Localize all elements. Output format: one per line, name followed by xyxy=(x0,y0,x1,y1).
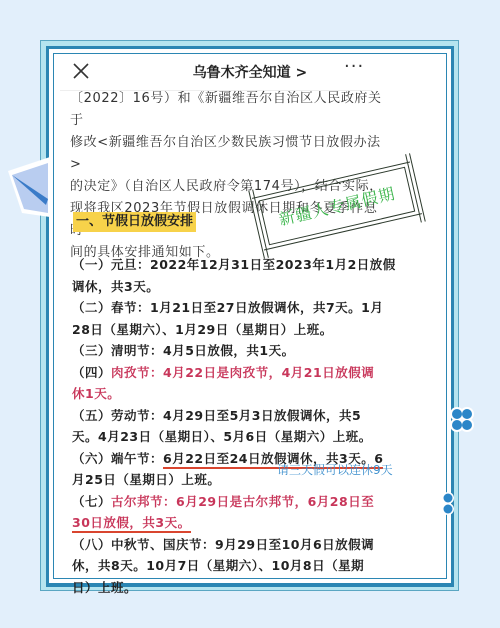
flower-icon xyxy=(440,490,464,518)
holiday-item-line: （二）春节：1月21日至27日放假调休，共7天。1月 xyxy=(72,297,402,319)
holiday-item-line: 天。4月23日（星期日）、5月6日（星期六）上班。 xyxy=(72,426,402,448)
account-title[interactable]: 乌鲁木齐全知道 > xyxy=(50,62,450,82)
holiday-item-line: 调休，共3天。 xyxy=(72,276,402,298)
item-prefix: （七） xyxy=(72,494,111,509)
highlight-text: 古尔邦节：6月29日是古尔邦节，6月28日至 xyxy=(111,494,374,509)
holiday-item-line: 28日（星期六）、1月29日（星期日）上班。 xyxy=(72,319,402,341)
nav-bar: 乌鲁木齐全知道 > ··· xyxy=(50,52,450,90)
holiday-item-line: 休，共8天。10月7日（星期六）、10月8日（星期 xyxy=(72,555,402,577)
holiday-item-line: （五）劳动节：4月29日至5月3日放假调休，共5 xyxy=(72,405,402,427)
highlight-text: 肉孜节：4月22日是肉孜节，4月21日放假调 xyxy=(111,365,374,380)
section-heading: 一、节假日放假安排 xyxy=(73,212,196,232)
flower-icon xyxy=(447,405,477,435)
more-options-icon[interactable]: ··· xyxy=(344,56,364,77)
holiday-list: （一）元旦：2022年12月31日至2023年1月2日放假 调休，共3天。 （二… xyxy=(72,254,402,598)
intro-line: 修改<新疆维吾尔自治区少数民族习惯节日放假办法> xyxy=(70,132,390,176)
holiday-item-line: （四）肉孜节：4月22日是肉孜节，4月21日放假调 xyxy=(72,362,402,384)
holiday-item-line: 休1天。 xyxy=(72,383,402,405)
item-prefix: （四） xyxy=(72,365,111,380)
holiday-item-line: 30日放假，共3天。 xyxy=(72,512,402,534)
item-prefix: （六）端午节： xyxy=(72,451,163,466)
holiday-item-line: （三）清明节：4月5日放假，共1天。 xyxy=(72,340,402,362)
underlined-text: 30日放假，共3天。 xyxy=(72,515,191,533)
holiday-item-line: 日）上班。 xyxy=(72,577,402,599)
paper-plane-icon xyxy=(0,155,60,225)
holiday-item-line: （一）元旦：2022年12月31日至2023年1月2日放假 xyxy=(72,254,402,276)
intro-line: 〔2022〕16号）和《新疆维吾尔自治区人民政府关于 xyxy=(70,88,390,132)
holiday-item-line: （七）古尔邦节：6月29日是古尔邦节，6月28日至 xyxy=(72,491,402,513)
holiday-item-line: （八）中秋节、国庆节：9月29日至10月6日放假调 xyxy=(72,534,402,556)
annotation-note: 请三天假可以连休9天 xyxy=(277,461,393,478)
